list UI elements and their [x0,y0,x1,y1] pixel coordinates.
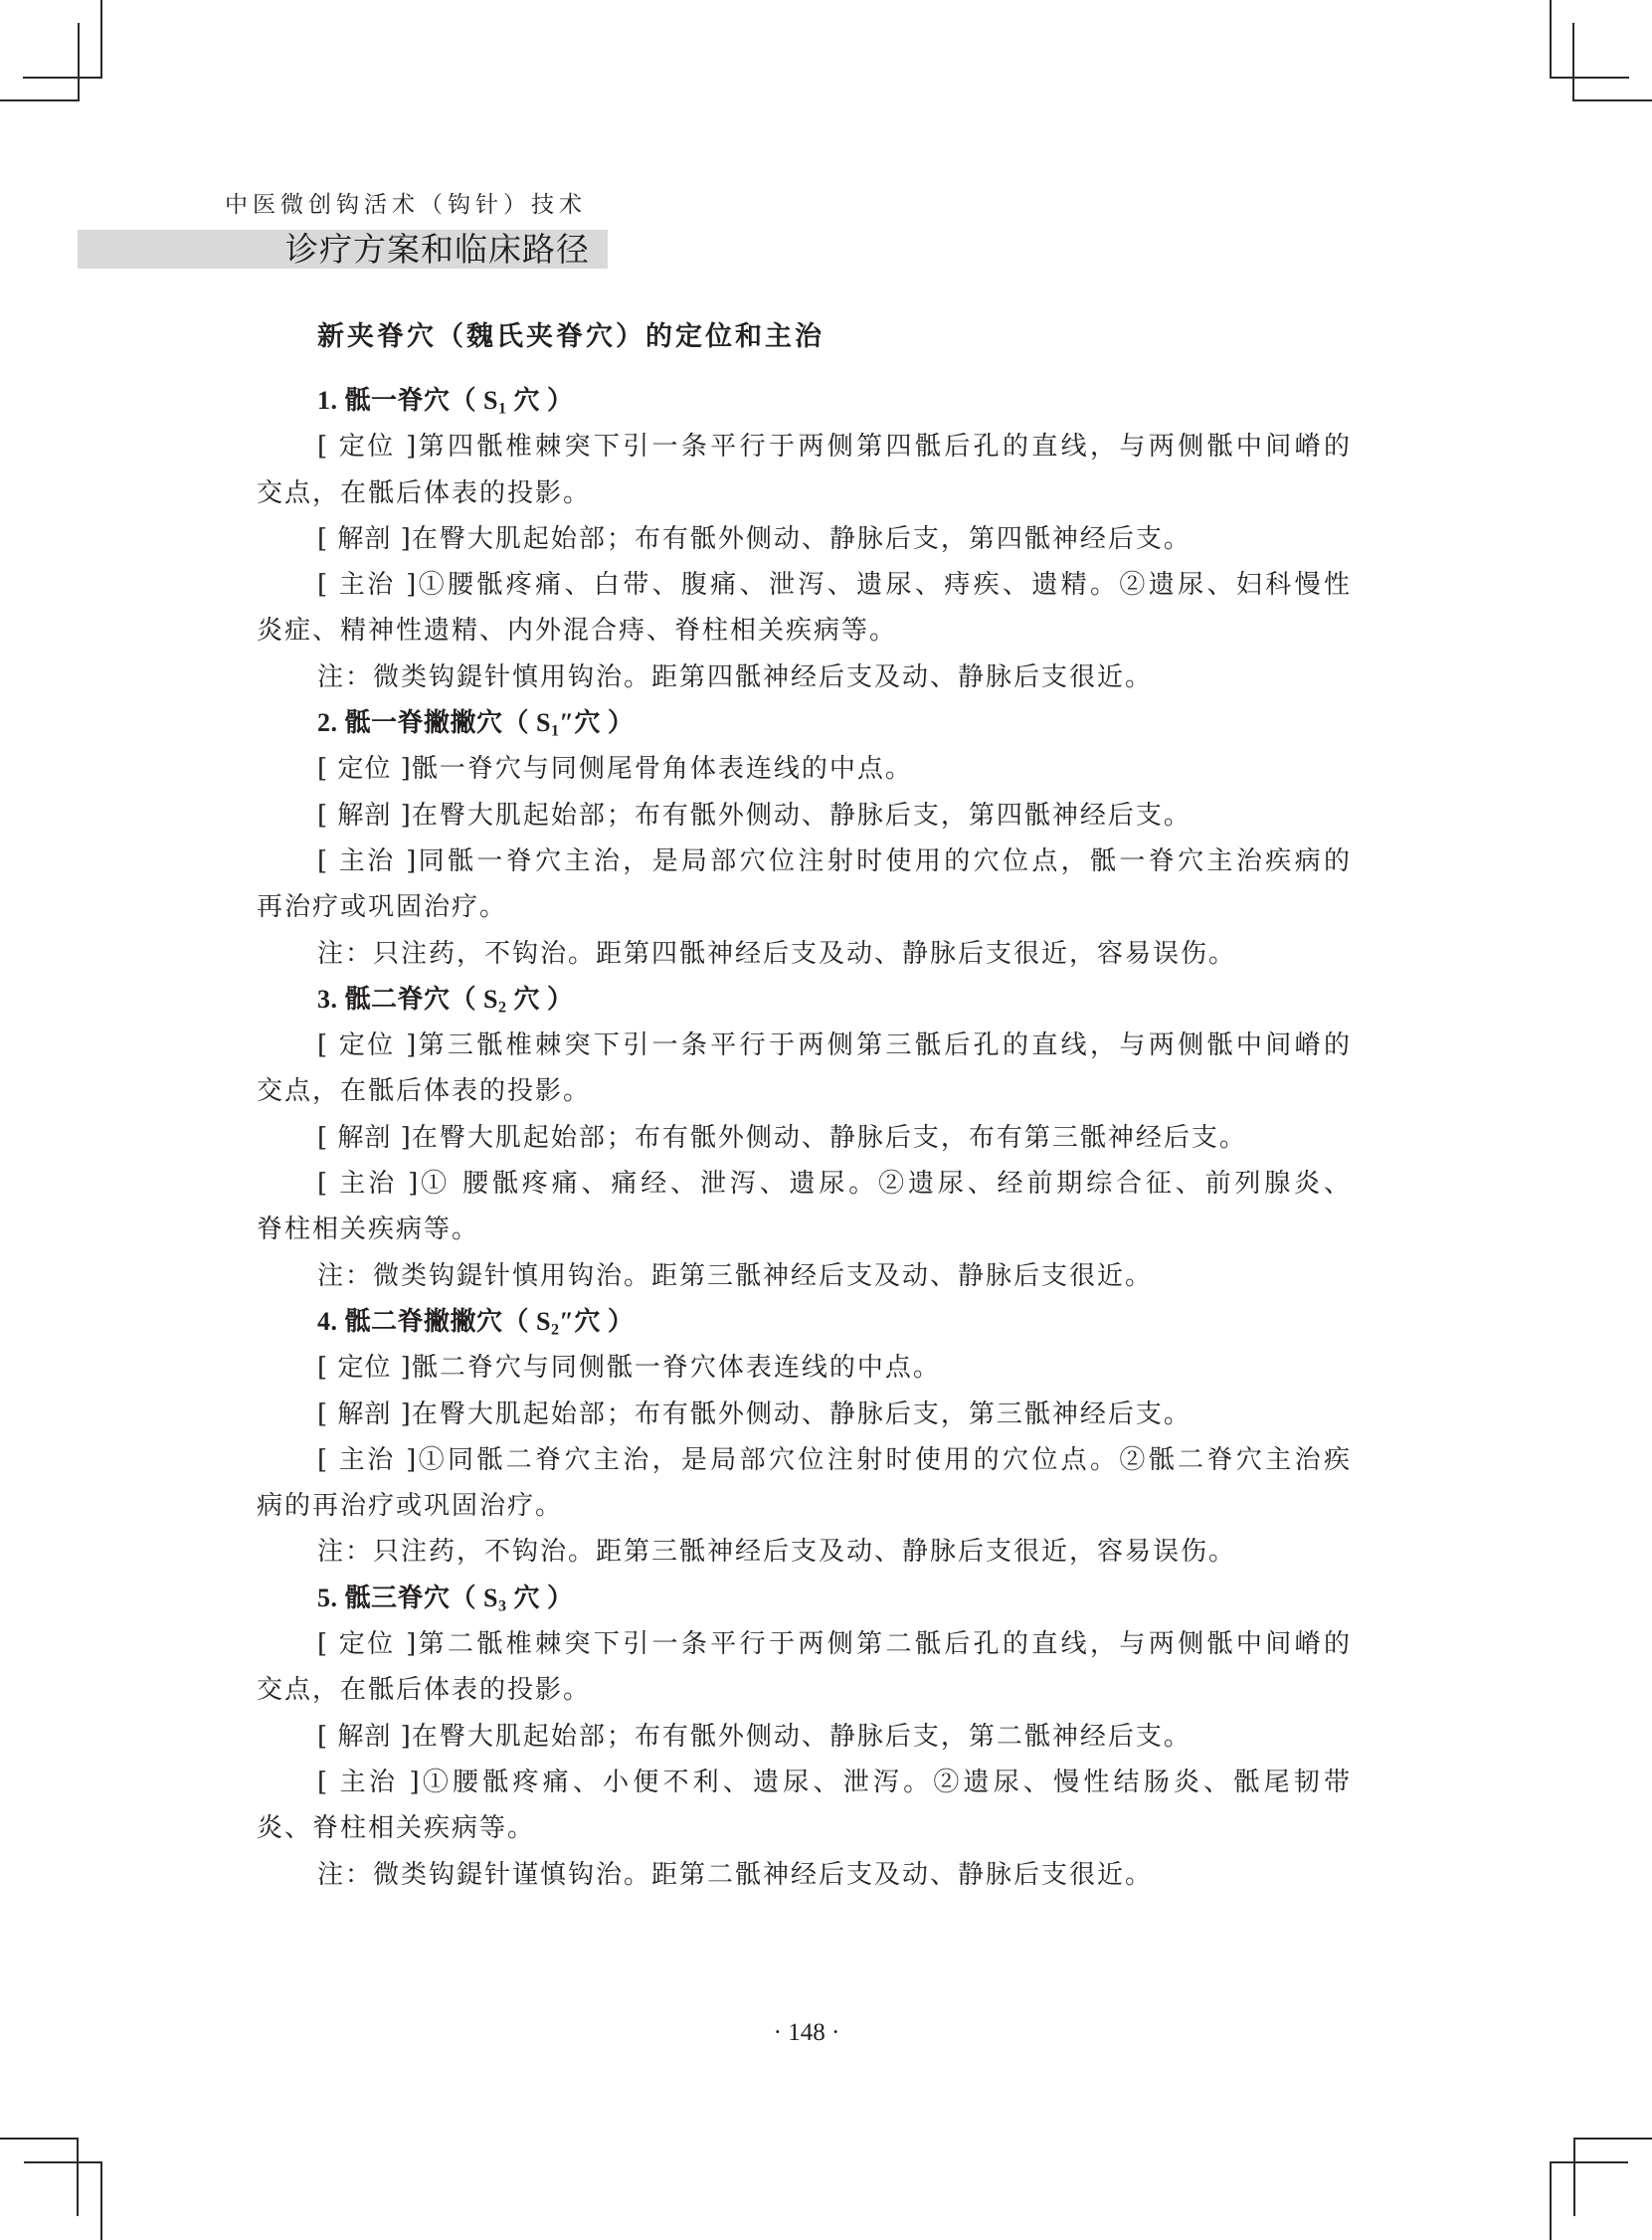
section-code-suffix: 穴 ） [507,1584,574,1612]
crop-mark [23,77,102,79]
item-label: [ 主治 ] [317,1768,421,1797]
paragraph-anatomy: [ 解剖 ]在臀大肌起始部；布有骶外侧动、静脉后支，布有第三骶神经后支。 [257,1115,1352,1161]
item-text: 骶二脊穴与同侧骶一脊穴体表连线的中点。 [412,1353,941,1383]
section-name: 骶二脊撇撇穴 [345,1307,503,1336]
item-text: 第二骶椎棘突下引一条平行于两侧第二骶后孔的直线，与两侧骶中间嵴的 [417,1629,1352,1659]
section-number: 4. [317,1307,338,1336]
book-title: 中医微创钩活术（钩针）技术 [225,190,587,220]
crop-mark [1550,2161,1628,2163]
paragraph-note: 注：微类钩鍉针谨慎钩治。距第二骶神经后支及动、静脉后支很近。 [257,1852,1352,1898]
item-label: [ 主治 ] [317,1445,417,1475]
crop-mark [1550,77,1629,79]
item-label: [ 解剖 ] [317,801,412,831]
item-text: 在臀大肌起始部；布有骶外侧动、静脉后支，布有第三骶神经后支。 [412,1123,1247,1153]
paragraph-location: [ 定位 ]第二骶椎棘突下引一条平行于两侧第二骶后孔的直线，与两侧骶中间嵴的 [257,1621,1352,1667]
section-number: 1. [317,386,338,415]
crop-mark [0,2138,79,2140]
item-label: [ 解剖 ] [317,1400,412,1429]
section-name: 骶一脊撇撇穴 [345,708,503,737]
paragraph-indications: [ 主治 ]①腰骶疼痛、小便不利、遗尿、泄泻。②遗尿、慢性结肠炎、骶尾韧带 [257,1760,1352,1805]
crop-mark [0,99,80,101]
crop-mark [1572,23,1574,101]
section-heading: 3. 骶二脊穴（ S2 穴 ） [257,977,1352,1023]
crop-mark [77,2138,79,2216]
paragraph-indications: [ 主治 ]①同骶二脊穴主治，是局部穴位注射时使用的穴位点。②骶二脊穴主治疾 [257,1437,1352,1483]
section-heading: 1. 骶一脊穴（ S1 穴 ） [257,378,1352,424]
section-code-suffix: ″穴 ） [560,708,635,737]
item-text: 骶一脊穴与同侧尾骨角体表连线的中点。 [412,754,913,784]
paragraph-note: 注：微类钩鍉针慎用钩治。距第四骶神经后支及动、静脉后支很近。 [257,654,1352,700]
section-heading: 5. 骶三脊穴（ S3 穴 ） [257,1576,1352,1621]
paragraph-indications-cont: 脊柱相关疾病等。 [257,1207,1352,1252]
paragraph-location-cont: 交点，在骶后体表的投影。 [257,470,1352,516]
section-code-subscript: 3 [498,1597,507,1614]
paragraph-indications-cont: 病的再治疗或巩固治疗。 [257,1483,1352,1529]
section-code-subscript: 2 [498,999,507,1016]
item-text: 第四骶椎棘突下引一条平行于两侧第四骶后孔的直线，与两侧骶中间嵴的 [417,432,1352,462]
item-text: 第三骶椎棘突下引一条平行于两侧第三骶后孔的直线，与两侧骶中间嵴的 [417,1030,1352,1060]
paragraph-indications-cont: 炎症、精神性遗精、内外混合痔、脊柱相关疾病等。 [257,608,1352,653]
item-label: [ 解剖 ] [317,524,412,554]
section-code-subscript: 2 [551,1321,560,1338]
item-text: 在臀大肌起始部；布有骶外侧动、静脉后支，第二骶神经后支。 [412,1722,1192,1752]
crop-mark [1572,99,1652,101]
paragraph-location: [ 定位 ]骶二脊穴与同侧骶一脊穴体表连线的中点。 [257,1345,1352,1391]
item-text: 同骶一脊穴主治，是局部穴位注射时使用的穴位点，骶一脊穴主治疾病的 [417,846,1352,876]
section-code-suffix: ″穴 ） [560,1307,635,1336]
item-label: [ 定位 ] [317,1030,417,1060]
section-number: 2. [317,708,338,737]
item-text: ①同骶二脊穴主治，是局部穴位注射时使用的穴位点。②骶二脊穴主治疾 [417,1445,1352,1475]
item-label: [ 主治 ] [317,846,417,876]
item-label: [ 主治 ] [317,570,417,600]
paragraph-location-cont: 交点，在骶后体表的投影。 [257,1667,1352,1713]
paragraph-anatomy: [ 解剖 ]在臀大肌起始部；布有骶外侧动、静脉后支，第四骶神经后支。 [257,516,1352,562]
item-label: [ 解剖 ] [317,1722,412,1752]
item-label: [ 定位 ] [317,1629,417,1659]
paragraph-location: [ 定位 ]骶一脊穴与同侧尾骨角体表连线的中点。 [257,746,1352,792]
item-text: 在臀大肌起始部；布有骶外侧动、静脉后支，第三骶神经后支。 [412,1400,1192,1429]
crop-mark [1573,2138,1652,2140]
paragraph-indications: [ 主治 ]同骶一脊穴主治，是局部穴位注射时使用的穴位点，骶一脊穴主治疾病的 [257,839,1352,884]
paragraph-indications: [ 主治 ]① 腰骶疼痛、痛经、泄泻、遗尿。②遗尿、经前期综合征、前列腺炎、 [257,1161,1352,1207]
section-name: 骶二脊穴 [345,985,451,1014]
section-code-subscript: 1 [551,723,560,740]
page-number: · 148 · [0,2017,1613,2049]
paragraph-location: [ 定位 ]第四骶椎棘突下引一条平行于两侧第四骶后孔的直线，与两侧骶中间嵴的 [257,424,1352,469]
section-name: 骶三脊穴 [345,1584,451,1612]
paragraph-location-cont: 交点，在骶后体表的投影。 [257,1068,1352,1114]
crop-mark [78,23,80,101]
paragraph-note: 注：微类钩鍉针慎用钩治。距第三骶神经后支及动、静脉后支很近。 [257,1253,1352,1299]
item-label: [ 定位 ] [317,1353,412,1383]
section-heading: 2. 骶一脊撇撇穴（ S1″穴 ） [257,700,1352,746]
section-number: 3. [317,985,338,1014]
paragraph-anatomy: [ 解剖 ]在臀大肌起始部；布有骶外侧动、静脉后支，第二骶神经后支。 [257,1714,1352,1760]
paragraph-indications: [ 主治 ]①腰骶疼痛、白带、腹痛、泄泻、遗尿、痔疾、遗精。②遗尿、妇科慢性 [257,562,1352,608]
item-label: [ 定位 ] [317,432,417,462]
item-text: 在臀大肌起始部；布有骶外侧动、静脉后支，第四骶神经后支。 [412,524,1192,554]
crop-mark [100,0,102,78]
section-name: 骶一脊穴 [345,386,451,415]
section-code-prefix: （ S [451,386,498,415]
crop-mark [1550,0,1552,78]
paragraph-anatomy: [ 解剖 ]在臀大肌起始部；布有骶外侧动、静脉后支，第四骶神经后支。 [257,793,1352,839]
item-label: [ 解剖 ] [317,1123,412,1153]
item-text: ① 腰骶疼痛、痛经、泄泻、遗尿。②遗尿、经前期综合征、前列腺炎、 [419,1169,1352,1199]
item-text: ①腰骶疼痛、小便不利、遗尿、泄泻。②遗尿、慢性结肠炎、骶尾韧带 [421,1768,1352,1797]
running-header-subtitle: 诊疗方案和临床路径 [285,230,590,269]
section-code-subscript: 1 [498,401,507,418]
crop-mark [1573,2138,1575,2216]
crop-mark [100,2161,102,2240]
section-heading: 4. 骶二脊撇撇穴（ S2″穴 ） [257,1299,1352,1345]
section-number: 5. [317,1584,338,1612]
item-label: [ 定位 ] [317,754,412,784]
paragraph-indications-cont: 再治疗或巩固治疗。 [257,884,1352,930]
item-label: [ 主治 ] [317,1169,419,1199]
document-body: 1. 骶一脊穴（ S1 穴 ） [ 定位 ]第四骶椎棘突下引一条平行于两侧第四骶… [257,378,1352,1898]
paragraph-anatomy: [ 解剖 ]在臀大肌起始部；布有骶外侧动、静脉后支，第三骶神经后支。 [257,1392,1352,1437]
running-header-bar: 诊疗方案和临床路径 [78,230,608,269]
section-code-suffix: 穴 ） [507,386,574,415]
paragraph-location: [ 定位 ]第三骶椎棘突下引一条平行于两侧第三骶后孔的直线，与两侧骶中间嵴的 [257,1023,1352,1068]
section-code-prefix: （ S [451,985,498,1014]
paragraph-note: 注：只注药，不钩治。距第四骶神经后支及动、静脉后支很近，容易误伤。 [257,931,1352,977]
page-title: 新夹脊穴（魏氏夹脊穴）的定位和主治 [317,318,825,356]
section-code-suffix: 穴 ） [507,985,574,1014]
section-code-prefix: （ S [451,1584,498,1612]
paragraph-indications-cont: 炎、脊柱相关疾病等。 [257,1805,1352,1851]
section-code-prefix: （ S [503,1307,551,1336]
paragraph-note: 注：只注药，不钩治。距第三骶神经后支及动、静脉后支很近，容易误伤。 [257,1529,1352,1575]
crop-mark [1550,2161,1552,2240]
item-text: ①腰骶疼痛、白带、腹痛、泄泻、遗尿、痔疾、遗精。②遗尿、妇科慢性 [417,570,1352,600]
item-text: 在臀大肌起始部；布有骶外侧动、静脉后支，第四骶神经后支。 [412,801,1192,831]
section-code-prefix: （ S [503,708,551,737]
crop-mark [24,2161,102,2163]
